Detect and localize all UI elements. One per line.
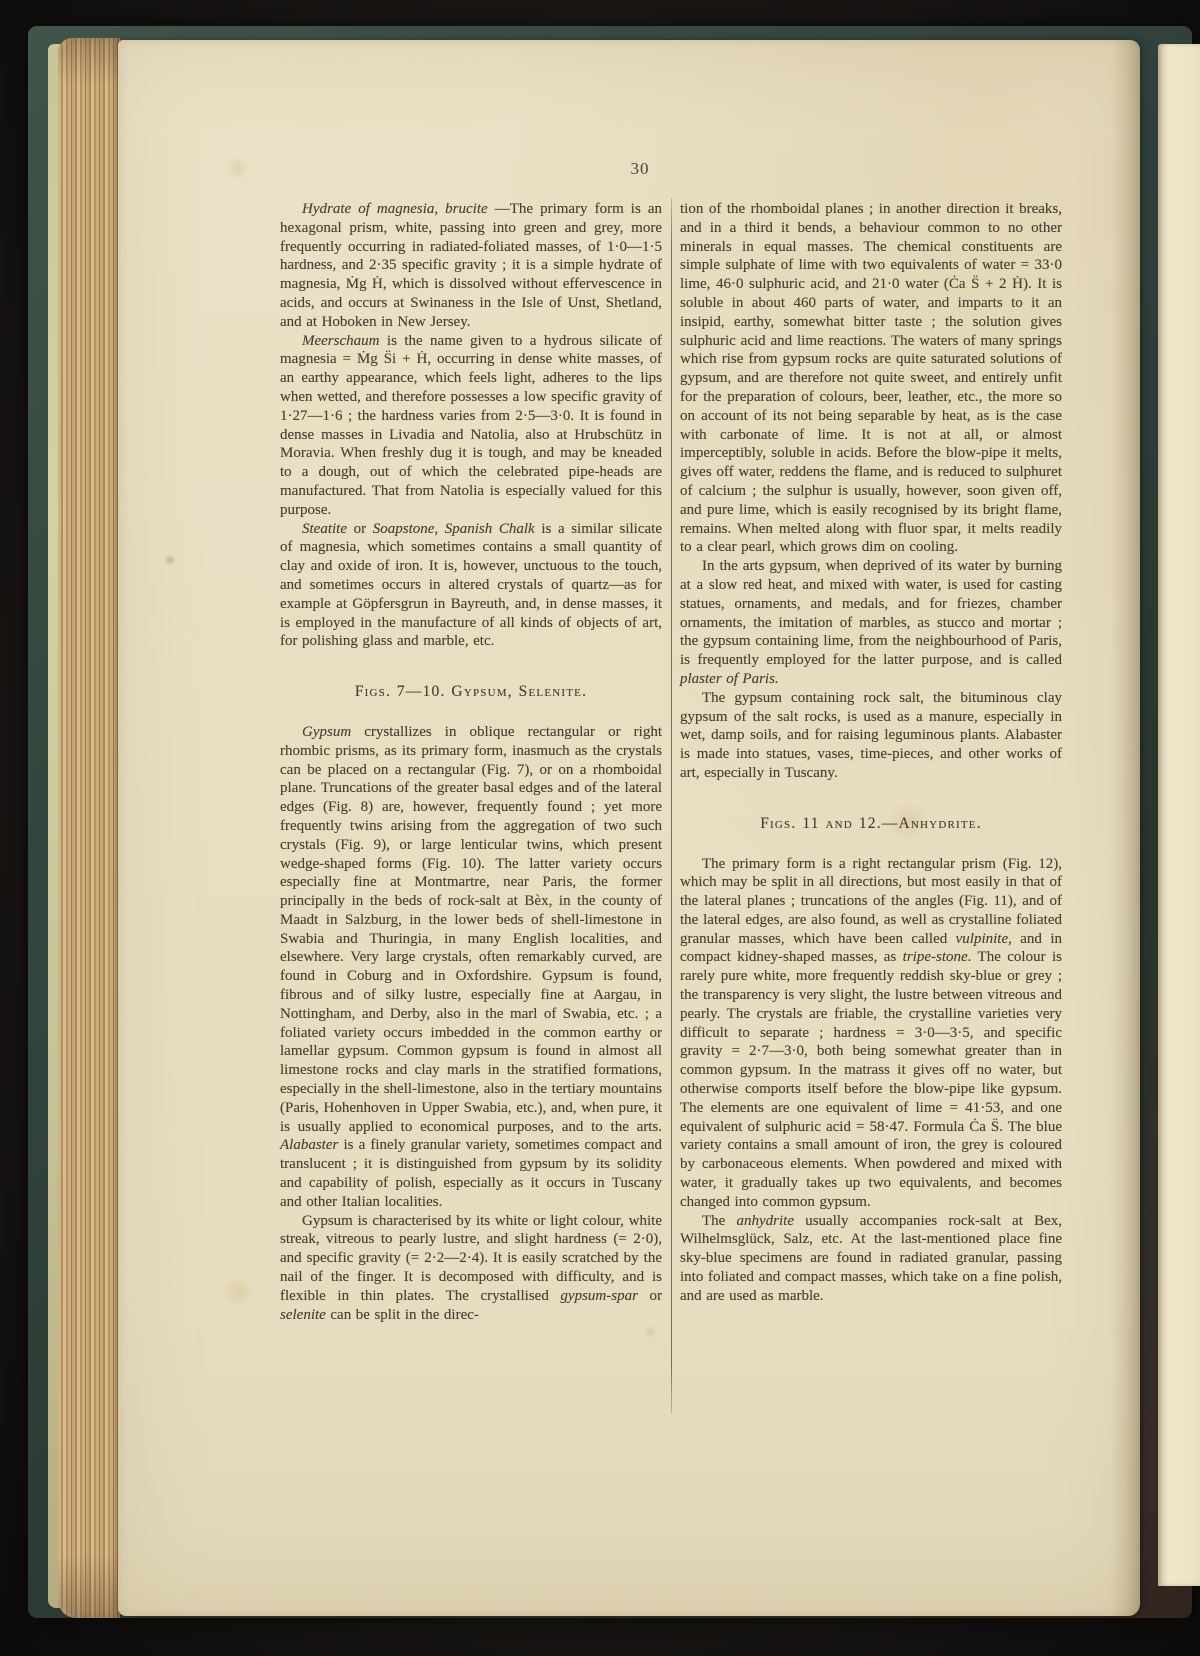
paragraph: Gypsum is characterised by its white or … [280, 1212, 662, 1325]
right-column: tion of the rhomboidal planes ; in anoth… [680, 200, 1062, 1306]
italic-text-segment: Soapstone, Spanish Chalk [373, 521, 535, 537]
text-segment: is a similar silicate of magnesia, which… [280, 521, 662, 650]
paragraph: Steatite or Soapstone, Spanish Chalk is … [280, 520, 662, 652]
section-heading: Figs. 7—10. Gypsum, Selenite. [280, 683, 662, 702]
text-segment: or [638, 1288, 662, 1304]
text-segment: The gypsum containing rock salt, the bit… [680, 690, 1062, 781]
italic-text-segment: vulpinite [956, 931, 1009, 947]
text-segment: or [347, 521, 373, 537]
paragraph: Gypsum crystallizes in oblique rectangul… [280, 723, 662, 1212]
text-segment: Figs. 7—10. Gypsum, Selenite. [355, 683, 587, 700]
italic-text-segment: Meerschaum [302, 333, 379, 349]
left-column: Hydrate of magnesia, brucite —The primar… [280, 200, 662, 1324]
italic-text-segment: anhydrite [737, 1213, 795, 1229]
italic-text-segment: Gypsum [302, 724, 351, 740]
italic-text-segment: Hydrate of magnesia, brucite [302, 201, 495, 217]
text-segment: can be split in the direc- [326, 1307, 479, 1323]
section-heading: Figs. 11 and 12.—Anhydrite. [680, 815, 1062, 834]
italic-text-segment: plaster of Paris. [680, 671, 779, 687]
italic-text-segment: Alabaster [280, 1137, 338, 1153]
text-segment: is the name given to a hydrous silicate … [280, 333, 662, 518]
next-page-edge [1158, 44, 1200, 1586]
paragraph: tion of the rhomboidal planes ; in anoth… [680, 200, 1062, 557]
column-divider [671, 198, 672, 1414]
paragraph: Meerschaum is the name given to a hydrou… [280, 332, 662, 520]
page-gutter-shadow [1110, 40, 1140, 1616]
paragraph: Hydrate of magnesia, brucite —The primar… [280, 200, 662, 332]
text-segment: In the arts gypsum, when deprived of its… [680, 558, 1062, 668]
italic-text-segment: Steatite [302, 521, 347, 537]
text-segment: crystallizes in oblique rectangular or r… [280, 724, 662, 1135]
page-edge-stack [58, 38, 120, 1618]
text-segment: Figs. 11 and 12.—Anhydrite. [760, 815, 982, 832]
text-segment: tion of the rhomboidal planes ; in anoth… [680, 201, 1062, 555]
italic-text-segment: gypsum-spar [560, 1288, 638, 1304]
italic-text-segment: tripe-stone [903, 949, 968, 965]
paragraph: The primary form is a right rectangular … [680, 855, 1062, 1212]
italic-text-segment: selenite [280, 1307, 326, 1323]
text-segment: . The colour is rarely pure white, more … [680, 949, 1062, 1209]
text-segment: is a finely granular variety, sometimes … [280, 1137, 662, 1209]
text-segment: The [702, 1213, 737, 1229]
scanned-book-photo: { "page": { "number": "30" }, "palette":… [0, 0, 1200, 1656]
page-number: 30 [520, 159, 760, 179]
paragraph: The anhydrite usually accompanies rock-s… [680, 1212, 1062, 1306]
paragraph: In the arts gypsum, when deprived of its… [680, 557, 1062, 689]
text-segment: —The primary form is an hexagonal prism,… [280, 201, 662, 330]
book-page: 30 Hydrate of magnesia, brucite —The pri… [118, 40, 1140, 1616]
paragraph: The gypsum containing rock salt, the bit… [680, 689, 1062, 783]
